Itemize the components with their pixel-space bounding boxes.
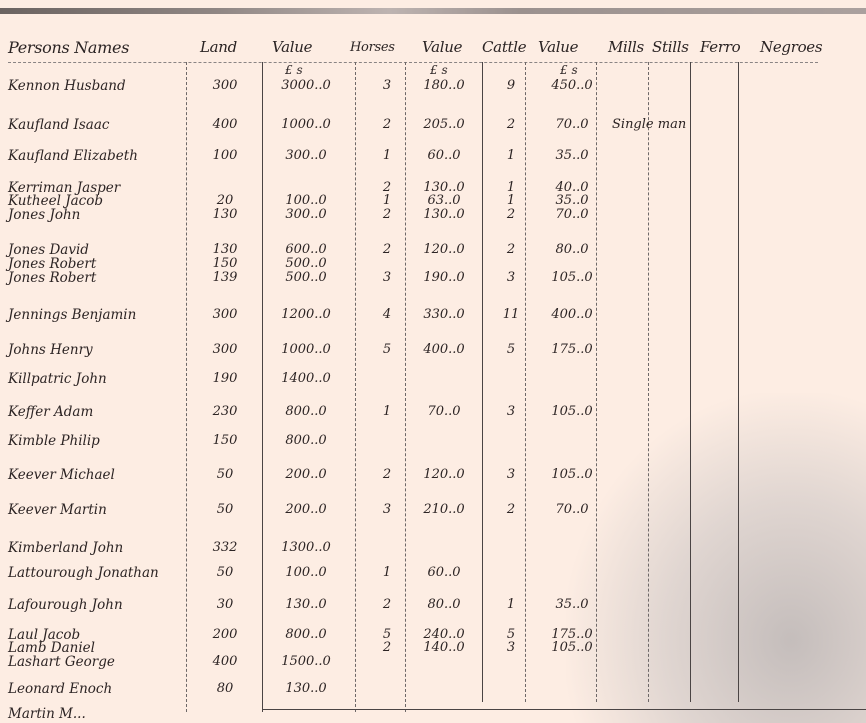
cattle-count: 1 [494,597,528,612]
land-value: 800..0 [266,404,346,419]
horses-value: 140..0 [408,640,480,655]
land-value: 200..0 [266,502,346,517]
land-acres: 300 [205,307,245,322]
cattle-count: 5 [494,342,528,357]
person-name: Leonard Enoch [8,681,112,697]
land-acres: 100 [205,148,245,163]
cattle-value: 105..0 [540,270,604,285]
land-value: 100..0 [266,193,346,208]
person-name: Jones Robert [8,270,96,286]
header-ferries: Ferro [700,38,740,56]
person-name: Kimble Philip [8,433,100,449]
horses-count: 1 [372,193,402,208]
horses-count: 1 [372,148,402,163]
cattle-count: 11 [494,307,528,322]
table-row: Keever Michael50200..02120..03105..0 [0,467,866,489]
table-row: Jones Robert139500..03190..03105..0 [0,270,866,292]
land-value: 300..0 [266,148,346,163]
table-row: Johns Henry3001000..05400..05175..0 [0,342,866,364]
cattle-value: 35..0 [540,597,604,612]
horses-value: 210..0 [408,502,480,517]
horses-value: 205..0 [408,117,480,132]
horses-value: 80..0 [408,597,480,612]
table-row: Keffer Adam230800..0170..03105..0 [0,404,866,426]
cattle-value: 35..0 [540,148,604,163]
header-rule [8,62,818,63]
table-row: Kimble Philip150800..0 [0,433,866,455]
land-value: 130..0 [266,597,346,612]
cattle-count: 2 [494,207,528,222]
cattle-value: 105..0 [540,640,604,655]
currency-cattle-value: £ s [560,63,578,77]
land-acres: 190 [205,371,245,386]
land-value: 200..0 [266,467,346,482]
cattle-value: 105..0 [540,404,604,419]
person-name: Kaufland Isaac [8,117,109,133]
person-name: Kaufland Elizabeth [8,148,138,164]
person-name: Kimberland John [8,540,123,556]
person-name: Martin M... [8,706,86,722]
land-value: 500..0 [266,270,346,285]
cattle-count: 3 [494,640,528,655]
ledger-page: Persons Names Land Value Horses Value Ca… [0,0,866,723]
header-land-value: Value [272,38,312,56]
land-acres: 300 [205,342,245,357]
horses-count: 4 [372,307,402,322]
horses-count: 3 [372,270,402,285]
horses-value: 70..0 [408,404,480,419]
land-acres: 300 [205,78,245,93]
person-name: Johns Henry [8,342,93,358]
cattle-value: 105..0 [540,467,604,482]
land-acres: 20 [205,193,245,208]
cattle-count: 3 [494,270,528,285]
horses-count: 3 [372,502,402,517]
horses-value: 60..0 [408,148,480,163]
land-value: 1500..0 [266,654,346,669]
cattle-value: 175..0 [540,342,604,357]
table-row: Lafourough John30130..0280..0135..0 [0,597,866,619]
land-value: 800..0 [266,433,346,448]
cattle-count: 9 [494,78,528,93]
page-top-edge [0,8,866,14]
currency-land-value: £ s [285,63,303,77]
land-acres: 50 [205,565,245,580]
cattle-count: 2 [494,502,528,517]
horses-value: 60..0 [408,565,480,580]
horses-count: 2 [372,242,402,257]
table-row: Lashart George4001500..0 [0,654,866,676]
header-persons-names: Persons Names [8,38,129,57]
person-name: Keever Martin [8,502,107,518]
table-row: Kennon Husband3003000..03180..09450..0 [0,78,866,100]
person-name: Keffer Adam [8,404,93,420]
person-name: Jones John [8,207,80,223]
person-name: Jennings Benjamin [8,307,136,323]
land-acres: 80 [205,681,245,696]
person-name: Lattourough Jonathan [8,565,159,581]
cattle-value: 70..0 [540,502,604,517]
land-acres: 150 [205,433,245,448]
land-acres: 130 [205,207,245,222]
cattle-value: 400..0 [540,307,604,322]
land-value: 600..0 [266,242,346,257]
cattle-count: 1 [494,193,528,208]
table-row: Kimberland John3321300..0 [0,540,866,562]
horses-count: 2 [372,640,402,655]
table-row: Killpatric John1901400..0 [0,371,866,393]
horses-count: 2 [372,597,402,612]
table-row: Jennings Benjamin3001200..04330..011400.… [0,307,866,329]
horses-count: 2 [372,207,402,222]
land-value: 1400..0 [266,371,346,386]
cattle-count: 2 [494,242,528,257]
header-mills: Mills [608,38,644,56]
horses-value: 63..0 [408,193,480,208]
land-acres: 50 [205,467,245,482]
land-value: 1000..0 [266,342,346,357]
table-row: Martin M... [0,706,866,723]
land-acres: 130 [205,242,245,257]
header-land: Land [200,38,237,56]
person-name: Lashart George [8,654,115,670]
horses-value: 180..0 [408,78,480,93]
horses-count: 5 [372,342,402,357]
land-value: 1300..0 [266,540,346,555]
cattle-count: 3 [494,404,528,419]
land-acres: 332 [205,540,245,555]
horses-value: 130..0 [408,207,480,222]
land-acres: 400 [205,117,245,132]
header-horses-value: Value [422,38,462,56]
cattle-value: 35..0 [540,193,604,208]
person-name: Killpatric John [8,371,107,387]
header-stills: Stills [652,38,689,56]
table-row: Jones John130300..02130..0270..0 [0,207,866,229]
land-acres: 150 [205,256,245,271]
horses-value: 120..0 [408,242,480,257]
land-value: 1200..0 [266,307,346,322]
table-row: Kaufland Elizabeth100300..0160..0135..0 [0,148,866,170]
horses-count: 2 [372,467,402,482]
land-acres: 50 [205,502,245,517]
header-cattle-value: Value [538,38,578,56]
header-horses: Horses [350,40,395,55]
horses-value: 400..0 [408,342,480,357]
person-name: Lafourough John [8,597,123,613]
header-negroes: Negroes [760,38,822,56]
horses-count: 2 [372,117,402,132]
cattle-value: 70..0 [540,117,604,132]
land-acres: 230 [205,404,245,419]
table-row: Kaufland Isaac4001000..02205..0270..0Sin… [0,117,866,139]
cattle-count: 1 [494,148,528,163]
cattle-count: 2 [494,117,528,132]
land-value: 130..0 [266,681,346,696]
horses-value: 330..0 [408,307,480,322]
land-acres: 30 [205,597,245,612]
land-value: 500..0 [266,256,346,271]
remark: Single man [612,117,686,132]
land-value: 100..0 [266,565,346,580]
cattle-value: 80..0 [540,242,604,257]
horses-count: 3 [372,78,402,93]
land-value: 3000..0 [266,78,346,93]
land-acres: 400 [205,654,245,669]
horses-count: 1 [372,565,402,580]
horses-value: 190..0 [408,270,480,285]
cattle-value: 70..0 [540,207,604,222]
horses-value: 120..0 [408,467,480,482]
person-name: Kennon Husband [8,78,126,94]
land-value: 1000..0 [266,117,346,132]
horses-count: 1 [372,404,402,419]
land-acres: 139 [205,270,245,285]
table-row: Leonard Enoch80130..0 [0,681,866,703]
person-name: Keever Michael [8,467,115,483]
land-value: 300..0 [266,207,346,222]
table-row: Keever Martin50200..03210..0270..0 [0,502,866,524]
currency-horses-value: £ s [430,63,448,77]
header-cattle: Cattle [482,38,526,56]
cattle-value: 450..0 [540,78,604,93]
cattle-count: 3 [494,467,528,482]
table-row: Lattourough Jonathan50100..0160..0 [0,565,866,587]
